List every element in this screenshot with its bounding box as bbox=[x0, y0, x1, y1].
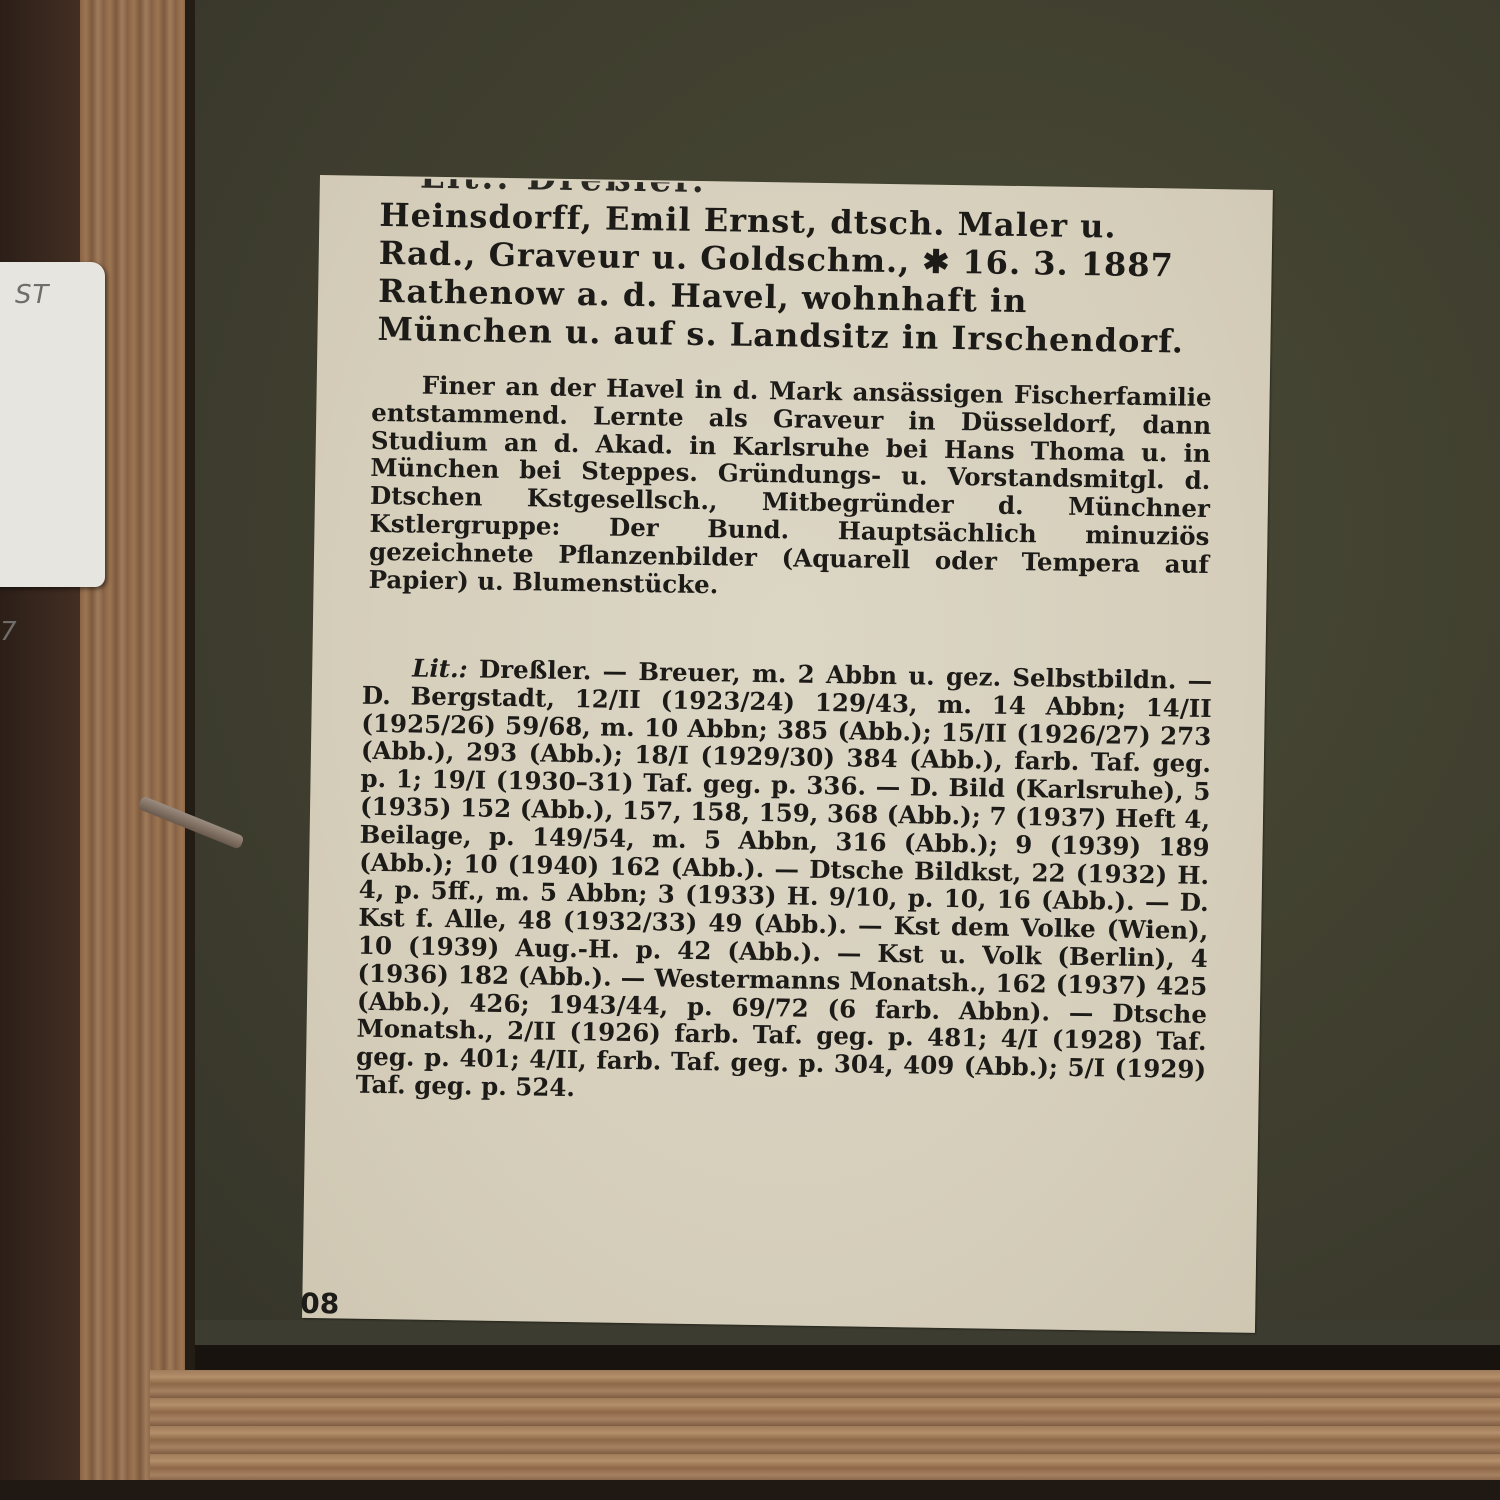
encyclopedia-clipping: Lit.: Dreßler. Heinsdorff, Emil Ernst, d… bbox=[302, 175, 1273, 1333]
literature-line: Lit.: Dreßler. — Breuer, m. 2 Abbn u. ge… bbox=[355, 654, 1212, 1112]
page-number: 08 bbox=[300, 1287, 339, 1321]
biography-text: Finer an der Havel in d. Mark ansässigen… bbox=[368, 371, 1211, 607]
wooden-frame-left bbox=[80, 0, 195, 1500]
literature-label: Lit.: bbox=[412, 654, 468, 684]
literature-text: Dreßler. — Breuer, m. 2 Abbn u. gez. Sel… bbox=[355, 655, 1212, 1103]
literature-paragraph: Lit.: Dreßler. — Breuer, m. 2 Abbn u. ge… bbox=[355, 654, 1212, 1112]
frame-bottom-edge bbox=[0, 1480, 1500, 1500]
label-card-bottom-text: 7 bbox=[0, 617, 18, 647]
entry-header: Heinsdorff, Emil Ernst, dtsch. Maler u. … bbox=[377, 196, 1199, 361]
label-card-top-text: ST bbox=[15, 280, 49, 310]
biography-paragraph: Finer an der Havel in d. Mark ansässigen… bbox=[368, 371, 1211, 607]
paper-label-card: ST 7 bbox=[0, 262, 105, 587]
wooden-frame-bottom bbox=[150, 1370, 1500, 1485]
